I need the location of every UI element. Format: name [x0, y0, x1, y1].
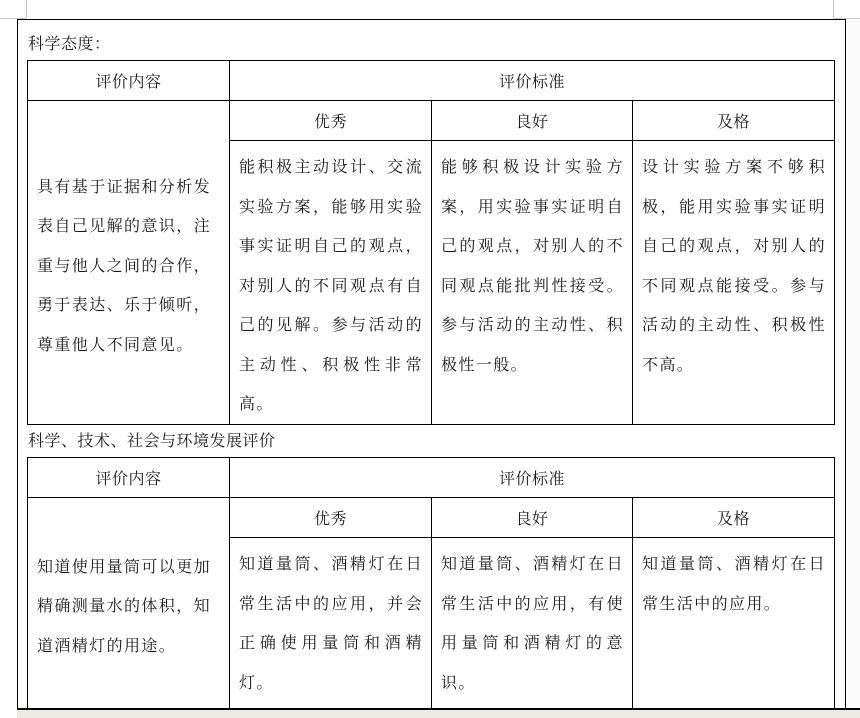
evaluation-table-stse: 评价内容 评价标准 知道使用量筒可以更加精确测量水的体积，知道酒精灯的用途。 优… — [27, 457, 835, 709]
table-levels-row: 具有基于证据和分析发表自己见解的意识，注重与他人之间的合作，勇于表达、乐于倾听，… — [28, 101, 835, 141]
cell-evaluation-content: 具有基于证据和分析发表自己见解的意识，注重与他人之间的合作，勇于表达、乐于倾听，… — [28, 101, 230, 425]
header-evaluation-content: 评价内容 — [28, 458, 230, 498]
level-excellent: 优秀 — [230, 498, 432, 538]
page-right-edge — [846, 19, 860, 718]
section-title-stse-evaluation: 科学、技术、社会与环境发展评价 — [28, 431, 276, 451]
cell-pass-criteria: 设计实验方案不够积极，能用实验事实证明自己的观点，对别人的不同观点能接受。参与活… — [633, 141, 835, 425]
page-margin-mark-top-left — [26, 0, 27, 18]
cell-evaluation-content: 知道使用量筒可以更加精确测量水的体积，知道酒精灯的用途。 — [28, 498, 230, 709]
cell-excellent-criteria: 能积极主动设计、交流实验方案，能够用实验事实证明自己的观点，对别人的不同观点有自… — [230, 141, 432, 425]
table-header-row: 评价内容 评价标准 — [28, 458, 835, 498]
page-bottom-edge — [17, 708, 860, 718]
evaluation-table-science-attitude: 评价内容 评价标准 具有基于证据和分析发表自己见解的意识，注重与他人之间的合作，… — [27, 60, 835, 425]
table-header-row: 评价内容 评价标准 — [28, 61, 835, 101]
section-title-science-attitude: 科学态度： — [28, 34, 111, 54]
level-excellent: 优秀 — [230, 101, 432, 141]
cell-excellent-criteria: 知道量筒、酒精灯在日常生活中的应用，并会正确使用量筒和酒精灯。 — [230, 538, 432, 709]
level-good: 良好 — [432, 498, 633, 538]
cell-good-criteria: 能够积极设计实验方案，用实验事实证明自己的观点，对别人的不同观点能批判性接受。参… — [432, 141, 633, 425]
level-good: 良好 — [432, 101, 633, 141]
cell-pass-criteria: 知道量筒、酒精灯在日常生活中的应用。 — [633, 538, 835, 709]
level-pass: 及格 — [633, 101, 835, 141]
cell-good-criteria: 知道量筒、酒精灯在日常生活中的应用，有使用量筒和酒精灯的意识。 — [432, 538, 633, 709]
table-levels-row: 知道使用量筒可以更加精确测量水的体积，知道酒精灯的用途。 优秀 良好 及格 — [28, 498, 835, 538]
header-evaluation-criteria: 评价标准 — [230, 458, 835, 498]
page-margin-mark-top-right — [833, 0, 834, 18]
header-evaluation-content: 评价内容 — [28, 61, 230, 101]
level-pass: 及格 — [633, 498, 835, 538]
header-evaluation-criteria: 评价标准 — [230, 61, 835, 101]
